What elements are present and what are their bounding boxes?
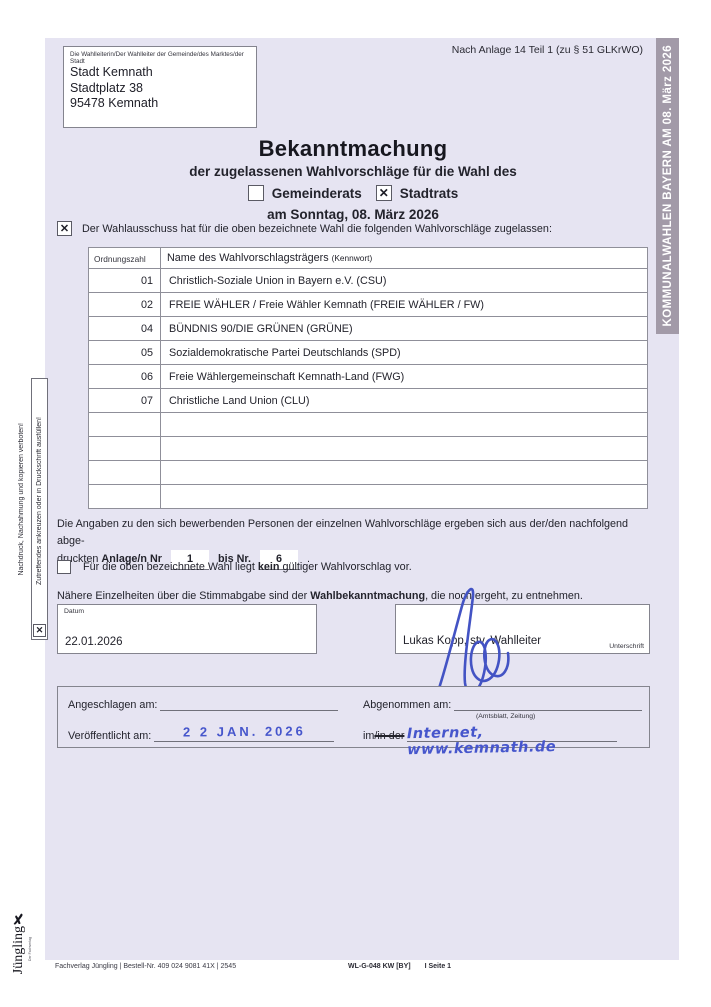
proposals-table: Ordnungszahl Name des Wahlvorschlagsträg… bbox=[88, 247, 648, 509]
sender-line-1: Stadt Kemnath bbox=[70, 65, 250, 81]
header-ordnungszahl: Ordnungszahl bbox=[89, 248, 160, 268]
medium-label: im/in der bbox=[363, 730, 404, 742]
medium-field: Internet, www.kemnath.de bbox=[407, 724, 617, 742]
publisher-logo: Jüngling✗ Der Fachverlag bbox=[8, 903, 42, 981]
scanned-document-page: KOMMUNALWAHLEN BAYERN AM 08. März 2026 N… bbox=[0, 0, 711, 1007]
signer-name: Lukas Kopp, stv. Wahlleiter bbox=[403, 635, 541, 647]
option-gemeinderats-label: Gemeinderats bbox=[272, 186, 362, 201]
table-row: 01Christlich-Soziale Union in Bayern e.V… bbox=[89, 269, 648, 293]
checkbox-no-proposal-unchecked bbox=[57, 560, 71, 574]
option-stadtrats-label: Stadtrats bbox=[400, 186, 459, 201]
published-label: Veröffentlicht am: bbox=[68, 730, 151, 742]
side-banner-text: KOMMUNALWAHLEN BAYERN AM 08. März 2026 bbox=[662, 45, 674, 326]
table-row: 06Freie Wählergemeinschaft Kemnath-Land … bbox=[89, 365, 648, 389]
side-banner: KOMMUNALWAHLEN BAYERN AM 08. März 2026 bbox=[656, 38, 679, 334]
table-row: 04BÜNDNIS 90/DIE GRÜNEN (GRÜNE) bbox=[89, 317, 648, 341]
publication-box: Angeschlagen am: Abgenommen am: (Amtsbla… bbox=[57, 686, 650, 748]
admission-text: Der Wahlausschuss hat für die oben bezei… bbox=[82, 223, 552, 235]
header-name: Name des Wahlvorschlagsträgers bbox=[167, 252, 329, 264]
footer-page-label: I Seite 1 bbox=[425, 963, 451, 970]
table-row: 07Christliche Land Union (CLU) bbox=[89, 389, 648, 413]
publisher-name: Jüngling✗ bbox=[11, 910, 27, 974]
signature-label: Unterschrift bbox=[609, 643, 644, 650]
sender-address-box: Die Wahlleiterin/Der Wahlleiter der Geme… bbox=[63, 46, 257, 128]
option-stadtrats: ✕ Stadtrats bbox=[376, 185, 459, 201]
council-options: Gemeinderats ✕ Stadtrats bbox=[57, 185, 649, 201]
details-note: Nähere Einzelheiten über die Stimmabgabe… bbox=[57, 590, 651, 602]
page-title: Bekanntmachung bbox=[57, 136, 649, 162]
published-field: 2 2 JAN. 2026 bbox=[154, 724, 334, 742]
checkbox-stadtrats-checked: ✕ bbox=[376, 185, 392, 201]
signature-box: Lukas Kopp, stv. Wahlleiter Unterschrift bbox=[395, 604, 650, 654]
table-row-empty bbox=[89, 461, 648, 485]
publisher-mark-icon: ✗ bbox=[11, 910, 26, 926]
table-row: 05Sozialdemokratische Partei Deutschland… bbox=[89, 341, 648, 365]
title-block: Bekanntmachung der zugelassenen Wahlvors… bbox=[57, 136, 649, 222]
checkbox-margin-checked: ✕ bbox=[33, 624, 46, 637]
annex-line-1: Die Angaben zu den sich bewerbenden Pers… bbox=[57, 516, 651, 550]
header-kennwort: (Kennwort) bbox=[332, 253, 373, 263]
table-row-empty bbox=[89, 485, 648, 509]
margin-note-instruction: ✕ Zutreffendes ankreuzen oder in Drucksc… bbox=[31, 378, 48, 640]
footer-order-line: Fachverlag Jüngling | Bestell-Nr. 409 02… bbox=[55, 963, 236, 970]
date-box: Datum 22.01.2026 bbox=[57, 604, 317, 654]
sender-line-3: 95478 Kemnath bbox=[70, 96, 250, 112]
sender-label: Die Wahlleiterin/Der Wahlleiter der Geme… bbox=[70, 51, 250, 65]
option-gemeinderats: Gemeinderats bbox=[248, 185, 362, 201]
sender-line-2: Stadtplatz 38 bbox=[70, 81, 250, 97]
posted-field bbox=[160, 697, 338, 711]
table-row-empty bbox=[89, 413, 648, 437]
footer-form-code: WL-G-048 KW [BY]I Seite 1 bbox=[348, 963, 451, 970]
no-proposal-text: Für die oben bezeichnete Wahl liegt kein… bbox=[83, 561, 412, 573]
date-box-label: Datum bbox=[64, 608, 310, 615]
admission-statement: ✕ Der Wahlausschuss hat für die oben bez… bbox=[57, 221, 649, 236]
page-subtitle: der zugelassenen Wahlvorschläge für die … bbox=[57, 164, 649, 179]
removed-label: Abgenommen am: bbox=[363, 699, 451, 711]
published-date-stamp: 2 2 JAN. 2026 bbox=[183, 723, 306, 739]
table-row: 02FREIE WÄHLER / Freie Wähler Kemnath (F… bbox=[89, 293, 648, 317]
table-row-empty bbox=[89, 437, 648, 461]
no-proposal-statement: Für die oben bezeichnete Wahl liegt kein… bbox=[57, 560, 649, 574]
table-header-row: Ordnungszahl Name des Wahlvorschlagsträg… bbox=[89, 248, 648, 269]
medium-hint: (Amtsblatt, Zeitung) bbox=[476, 713, 535, 720]
date-value: 22.01.2026 bbox=[65, 636, 123, 648]
publisher-tagline: Der Fachverlag bbox=[28, 937, 32, 961]
posted-label: Angeschlagen am: bbox=[68, 699, 157, 711]
medium-handwritten-value: Internet, www.kemnath.de bbox=[407, 722, 618, 758]
checkbox-gemeinderats-unchecked bbox=[248, 185, 264, 201]
removed-field bbox=[454, 697, 642, 711]
checkbox-admission-checked: ✕ bbox=[57, 221, 72, 236]
medium-label-struck: /in der bbox=[374, 730, 404, 742]
margin-note-copyright: Nachdruck, Nachahmung und kopieren verbo… bbox=[15, 388, 28, 610]
form-reference: Nach Anlage 14 Teil 1 (zu § 51 GLKrWO) bbox=[452, 44, 643, 56]
election-date-line: am Sonntag, 08. März 2026 bbox=[57, 207, 649, 222]
